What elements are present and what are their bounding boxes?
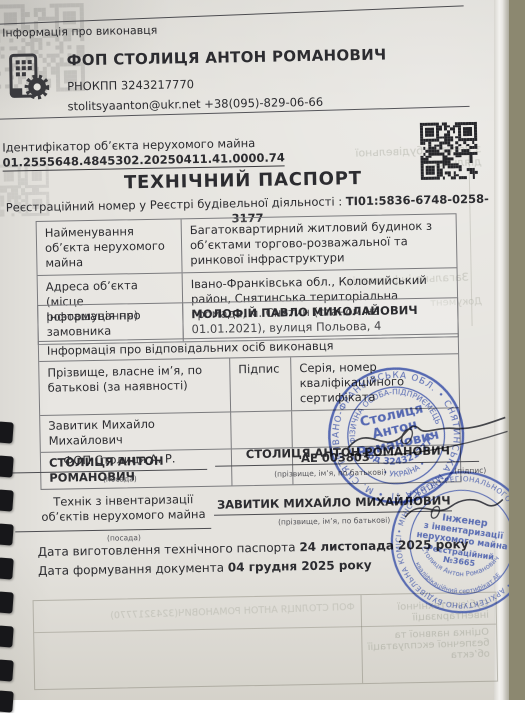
document-page: з Реєстру будівельної діяльності Загальн…	[0, 0, 509, 700]
sig2-position: Технік з інвентаризації об’єктів нерухом…	[41, 492, 207, 525]
date-formed-line: Дата формування документа 04 грудня 2025…	[38, 558, 372, 578]
executor-name: ФОП СТОЛИЦЯ АНТОН РОМАНОВИЧ	[66, 46, 386, 70]
sig1-position: ФОП Столиця А. Р.	[32, 451, 207, 469]
col-name: Прізвище, власне ім’я, по батькові (за н…	[39, 358, 230, 414]
table-row: Найменування об’єкта нерухомого майна Ба…	[37, 214, 457, 274]
building-gear-icon	[7, 52, 50, 105]
row-value: Багатоквартирний житловий будинок з об’є…	[181, 214, 457, 272]
binding-tab	[0, 455, 14, 477]
handwritten-signature-2	[401, 487, 507, 533]
bleed-table-divider	[361, 595, 364, 683]
date-formed-label: Дата формування документа	[38, 561, 224, 578]
date-formed-value: 04 грудня 2025 року	[228, 558, 372, 575]
person-name: Завитик Михайло Михайлович	[40, 412, 231, 451]
registry-label: Реєстраційний номер у Реєстрі будівельно…	[6, 194, 343, 214]
col-signature: Підпис	[229, 357, 291, 411]
binding-tab	[0, 625, 14, 647]
handwritten-signature-1	[341, 405, 509, 470]
person-signature	[230, 411, 292, 448]
binding-tab	[0, 557, 14, 579]
binding-tab	[0, 421, 14, 443]
binding-tab	[0, 523, 14, 545]
round-stamp-engineer: • МІНІСТЕРСТВО РЕГІОНАЛЬНОГО РОЗВИТКУ УК…	[377, 458, 509, 631]
binding-tab	[0, 489, 14, 511]
binding-tab	[0, 659, 14, 681]
binding-tab	[0, 690, 14, 700]
executor-rnokpp: РНОКПП 3243217770	[67, 77, 194, 94]
bleed-text-assessment: Оцінка наявної та безпечної експлуатації…	[367, 627, 490, 664]
header-label: Інформація про виконавця	[2, 24, 157, 40]
binding-tab	[0, 591, 14, 613]
document-content: з Реєстру будівельної діяльності Загальн…	[0, 0, 509, 700]
row-label: Найменування об’єкта нерухомого майна	[37, 219, 182, 274]
